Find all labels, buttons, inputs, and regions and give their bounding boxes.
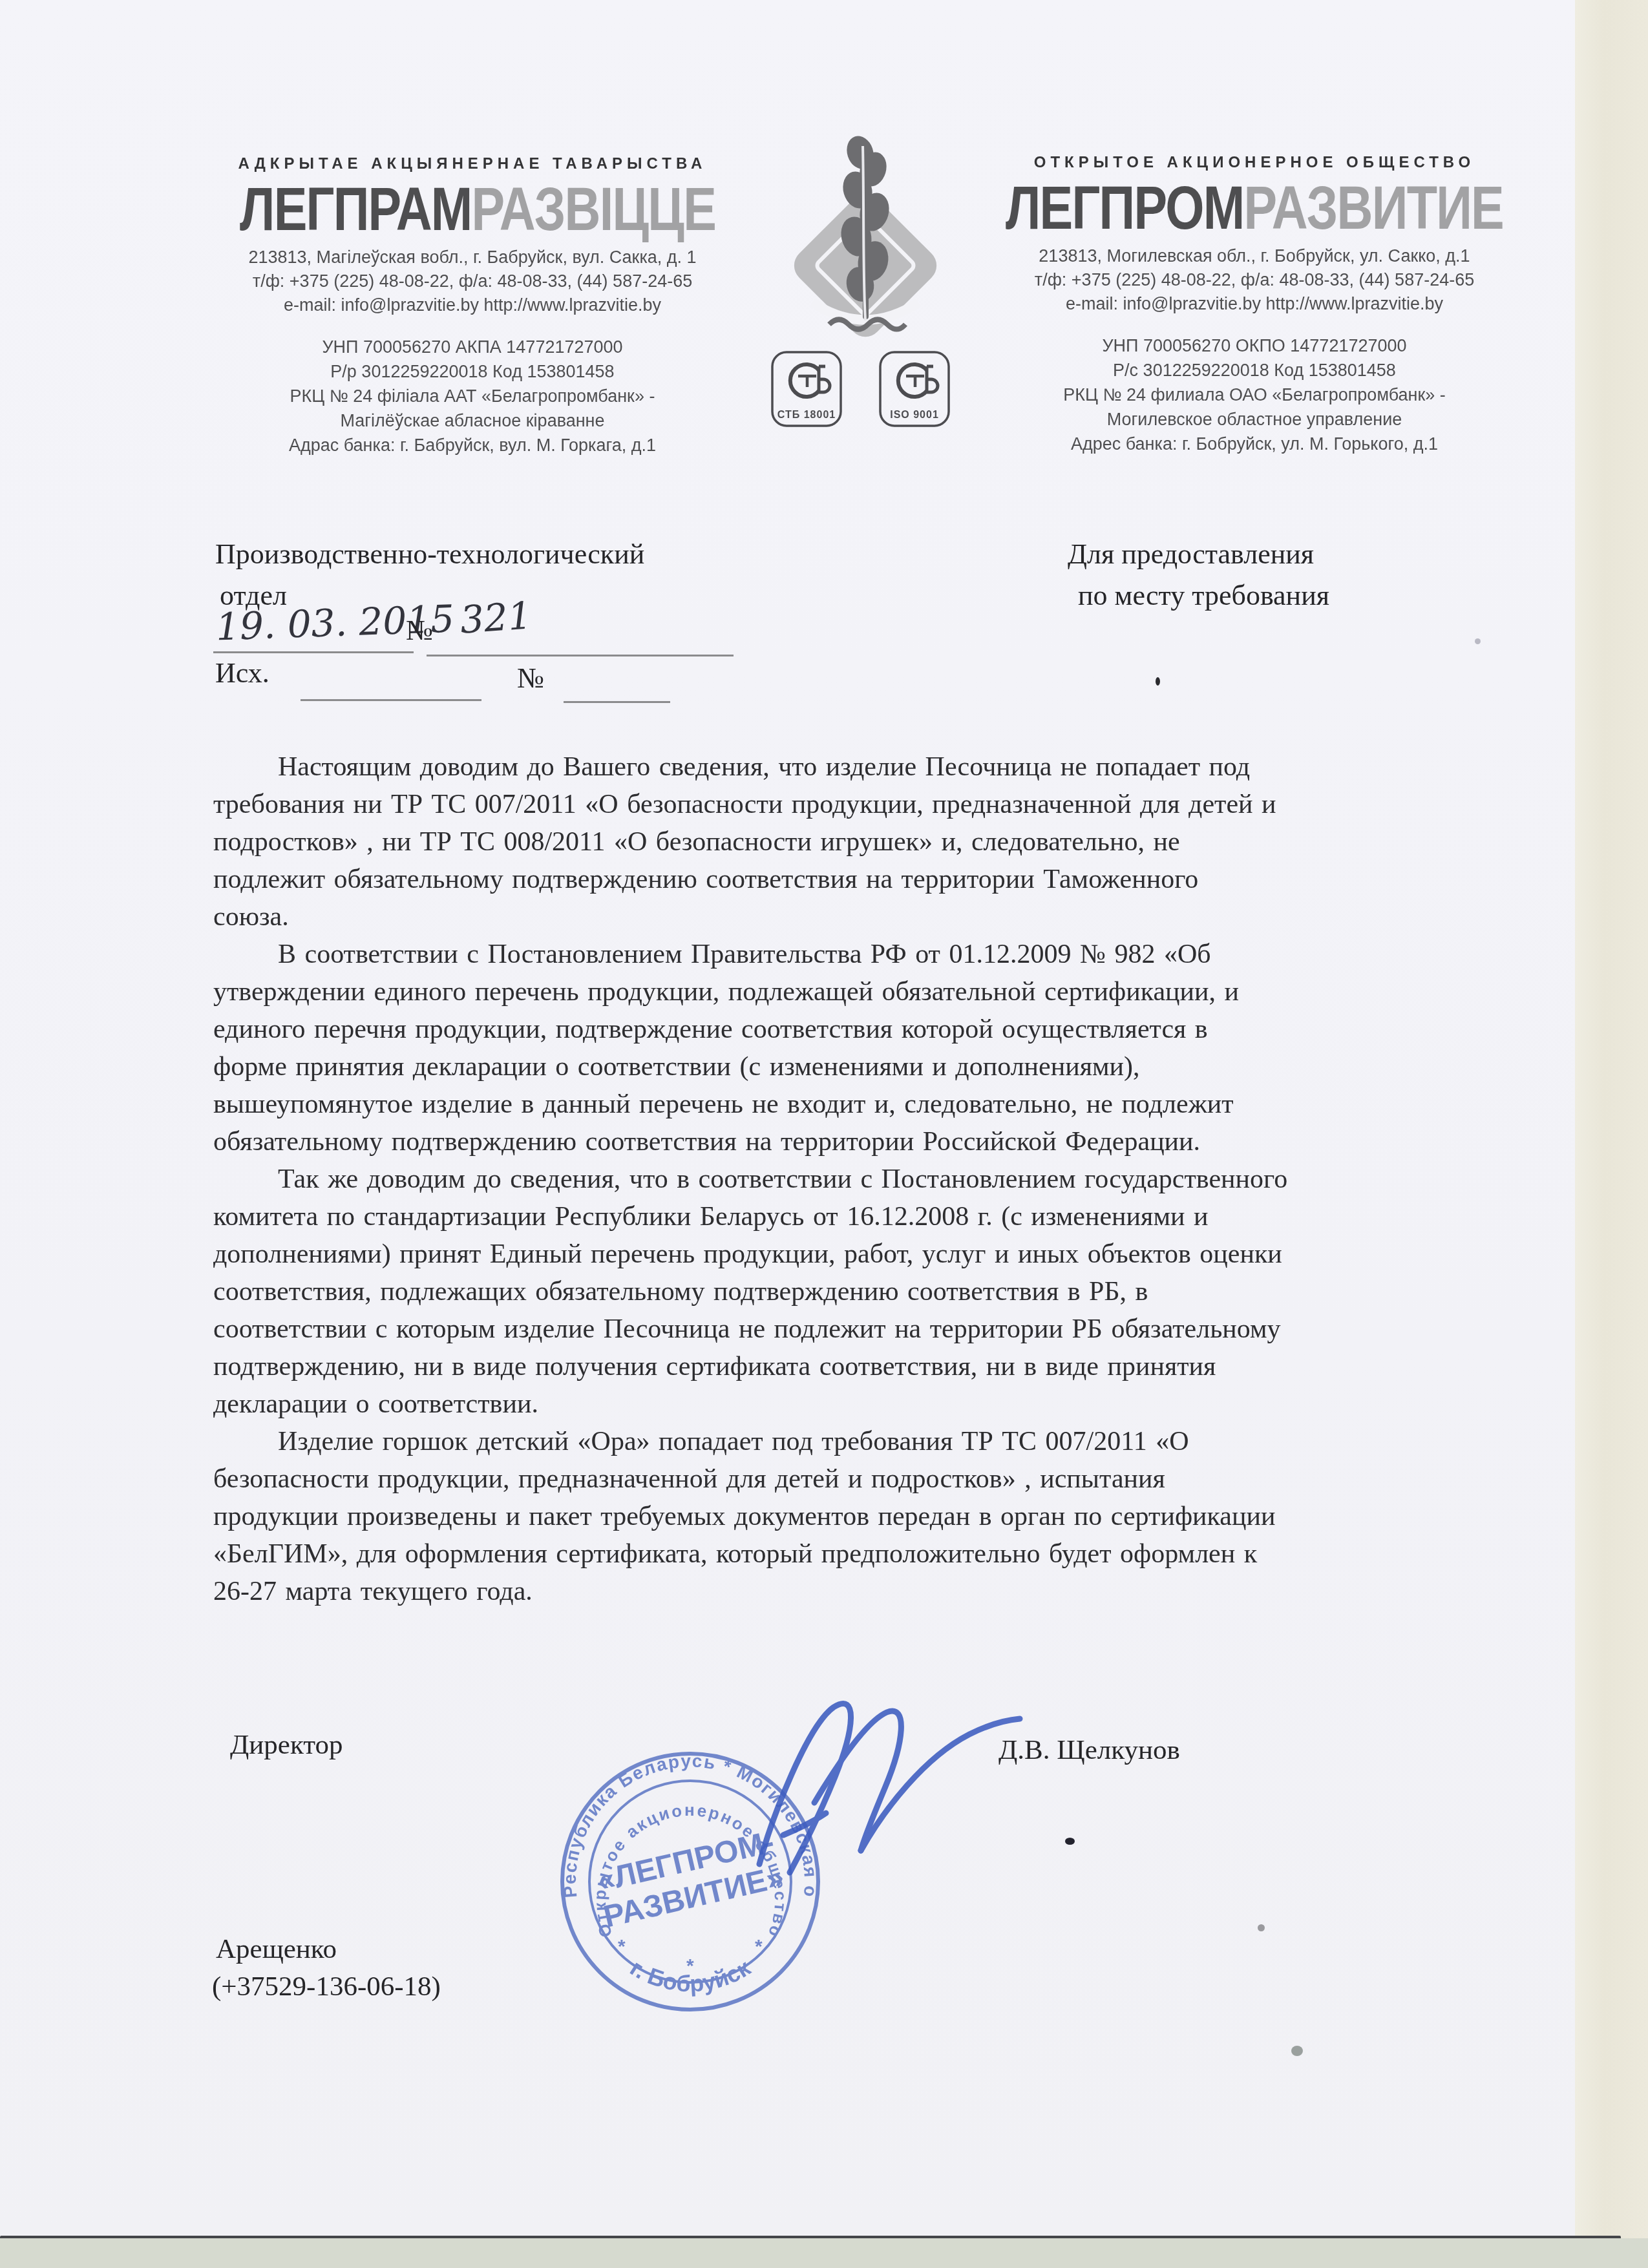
bank3-right: Адрес банка: г. Бобруйск, ул. М. Горьког… — [964, 432, 1545, 456]
letter-body: Настоящим доводим до Вашего сведения, чт… — [213, 748, 1499, 1610]
paragraph-1: Настоящим доводим до Вашего сведения, чт… — [213, 748, 1499, 936]
account-right: Р/с 3012259220018 Код 153801458 — [964, 358, 1545, 383]
scanner-bed — [0, 2238, 1648, 2268]
address-left: 213813, Магілеўская вобл., г. Бабруйск, … — [208, 246, 737, 269]
paragraph-4: Изделие горшок детский «Ора» попадает по… — [213, 1423, 1499, 1610]
account-left: Р/р 3012259220018 Код 153801458 — [208, 359, 737, 384]
org-type-left: АДКРЫТАЕ АКЦЫЯНЕРНАЕ ТАВАРЫСТВА — [208, 155, 737, 173]
bank-block-left: УНП 700056270 АКПА 147721727000 Р/р 3012… — [208, 335, 737, 457]
number-underline — [427, 655, 734, 656]
oak-diamond-logo-icon — [766, 127, 966, 350]
executor-name: Арещенко — [216, 1933, 337, 1965]
director-signature — [620, 1667, 1047, 1900]
address-right: 213813, Могилевская обл., г. Бобруйск, у… — [964, 244, 1545, 268]
badge-stb18001: СТБ 18001 — [770, 350, 843, 432]
phone-right: т/ф: +375 (225) 48-08-22, ф/а: 48-08-33,… — [964, 268, 1545, 292]
company-name-left-secondary: РАЗВІЦЦЕ — [472, 174, 715, 244]
outgoing-number-sign: № — [517, 659, 544, 698]
email-left: e-mail: info@lprazvitie.by http://www.lp… — [208, 293, 737, 317]
badge-label-stb: СТБ 18001 — [777, 410, 836, 421]
date-number-sign: № — [406, 611, 433, 650]
company-name-left: ЛЕГПРАМРАЗВІЦЦЕ — [240, 176, 705, 243]
bank2-right: Могилевское областное управление — [964, 407, 1545, 432]
address-block-right: 213813, Могилевская обл., г. Бобруйск, у… — [964, 244, 1545, 316]
paragraph-3: Так же доводим до сведения, что в соотве… — [213, 1160, 1499, 1423]
position-title: Директор — [230, 1729, 343, 1761]
outgoing-label: Исх. — [215, 654, 269, 693]
stamp-star-right: * — [755, 1936, 763, 1957]
badge-iso9001: ISO 9001 — [878, 350, 951, 432]
unp-left: УНП 700056270 АКПА 147721727000 — [208, 335, 737, 359]
stb-mark-icon — [790, 364, 830, 397]
bank3-left: Адрас банка: г. Бабруйск, вул. М. Горкаг… — [208, 433, 737, 457]
ink-blot — [1065, 1838, 1075, 1845]
stamp-star-bottom: * — [686, 1955, 694, 1977]
stb-mark-icon — [898, 364, 938, 397]
company-name-left-primary: ЛЕГПРАМ — [240, 174, 472, 244]
unp-right: УНП 700056270 ОКПО 147721727000 — [964, 333, 1545, 358]
gray-dot — [1258, 1924, 1265, 1931]
stamp-star-left: * — [618, 1936, 626, 1957]
number-handwritten: 321 — [459, 593, 533, 642]
phone-left: т/ф: +375 (225) 48-08-22, ф/а: 48-08-33,… — [208, 269, 737, 293]
company-name-right: ЛЕГПРОМРАЗВИТИЕ — [999, 174, 1510, 242]
outgoing-number-underline — [564, 701, 670, 703]
date-underline — [213, 651, 414, 653]
recipient-line2: по месту требования — [1078, 576, 1329, 615]
company-emblem — [766, 127, 966, 350]
department-line1: Производственно-технологический — [215, 535, 644, 574]
ink-speck — [1156, 677, 1160, 686]
scan-side-strip — [1575, 0, 1648, 2238]
faint-speck — [1475, 638, 1481, 644]
company-name-right-primary: ЛЕГПРОМ — [1006, 173, 1244, 242]
bank2-left: Магілёўскае абласное кіраванне — [208, 408, 737, 433]
bank-block-right: УНП 700056270 ОКПО 147721727000 Р/с 3012… — [964, 333, 1545, 456]
executor-phone: (+37529-136-06-18) — [212, 1971, 441, 2002]
letterhead-right: ОТКРЫТОЕ АКЦИОНЕРНОЕ ОБЩЕСТВО ЛЕГПРОМРАЗ… — [964, 154, 1545, 456]
outgoing-date-underline — [301, 699, 481, 701]
address-block-left: 213813, Магілеўская вобл., г. Бабруйск, … — [208, 246, 737, 317]
paragraph-2: В соответствии с Постановлением Правител… — [213, 936, 1499, 1160]
org-type-right: ОТКРЫТОЕ АКЦИОНЕРНОЕ ОБЩЕСТВО — [964, 154, 1545, 172]
recipient-line1: Для предоставления — [1068, 535, 1314, 574]
gray-smudge — [1291, 2046, 1303, 2056]
bank1-right: РКЦ № 24 филиала ОАО «Белагропромбанк» - — [964, 383, 1545, 407]
company-name-right-secondary: РАЗВИТИЕ — [1244, 173, 1503, 242]
letterhead-left: АДКРЫТАЕ АКЦЫЯНЕРНАЕ ТАВАРЫСТВА ЛЕГПРАМР… — [208, 155, 737, 457]
badge-label-iso: ISO 9001 — [890, 410, 939, 421]
bank1-left: РКЦ № 24 філіала ААТ «Белагропромбанк» - — [208, 384, 737, 408]
email-right: e-mail: info@lprazvitie.by http://www.lp… — [964, 292, 1545, 316]
